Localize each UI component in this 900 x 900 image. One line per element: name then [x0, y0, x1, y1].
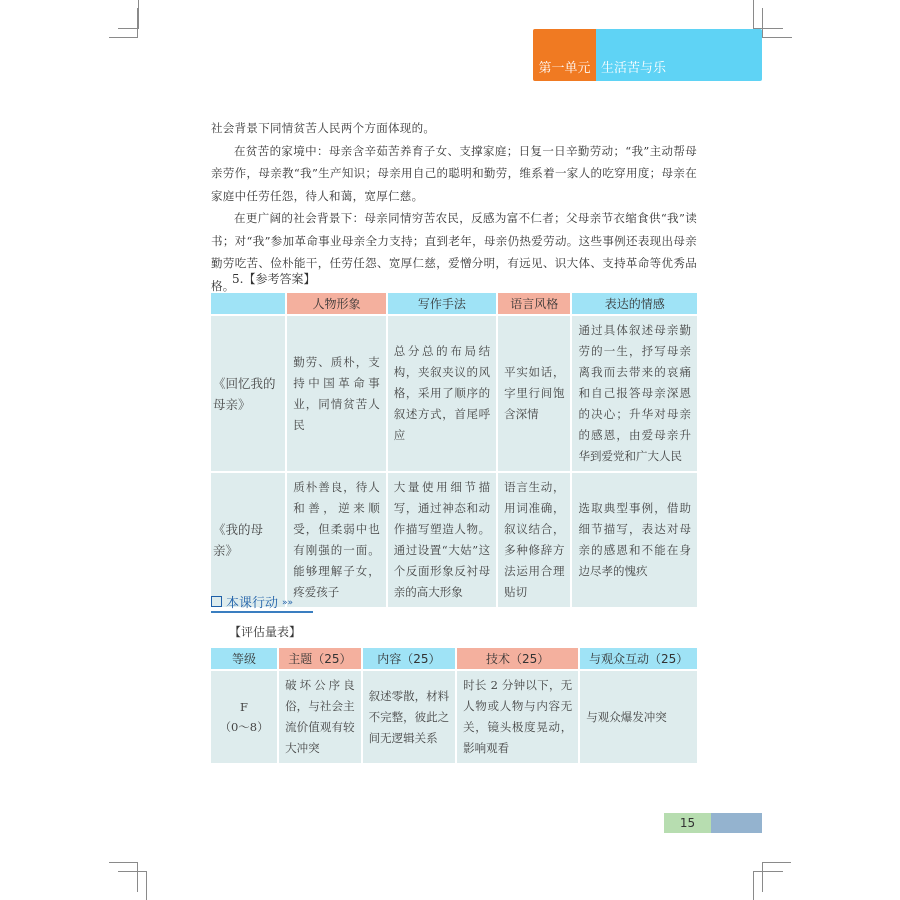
crop-mark-bottom-left [118, 871, 147, 872]
grade-letter: F [217, 697, 271, 717]
header-cell: 主题（25） [279, 648, 361, 669]
double-chevron-icon: »» [282, 598, 293, 608]
cell-emotion: 通过具体叙述母亲勤劳的一生，抒写母亲离我而去带来的哀痛和自己报答母亲深恩的决心；… [572, 314, 697, 471]
table-header-row: 等级 主题（25） 内容（25） 技术（25） 与观众互动（25） [211, 648, 697, 669]
header-cell: 人物形象 [287, 293, 385, 314]
table-header-row: 人物形象 写作手法 语言风格 表达的情感 [211, 293, 697, 314]
page-number: 15 [664, 813, 711, 833]
cell-style: 平实如话，字里行间饱含深情 [498, 314, 570, 471]
checkbox-square-icon [211, 596, 222, 607]
crop-mark-bottom-right [753, 871, 754, 900]
header-cell: 技术（25） [457, 648, 578, 669]
cell-style: 语言生动，用词准确，叙议结合，多种修辞方法运用合理贴切 [498, 471, 570, 607]
crop-mark-top-right [762, 8, 763, 38]
crop-mark-bottom-right [762, 862, 763, 892]
cell-theme: 破坏公序良俗，与社会主流价值观有较大冲突 [279, 669, 361, 763]
cell-emotion: 选取典型事例，借助细节描写，表达对母亲的感恩和不能在身边尽孝的愧疚 [572, 471, 697, 607]
header-cell: 表达的情感 [572, 293, 697, 314]
page-number-footer: 15 [664, 813, 762, 833]
header-cell: 内容（25） [363, 648, 456, 669]
crop-mark-top-left [109, 37, 138, 38]
evaluation-table: 等级 主题（25） 内容（25） 技术（25） 与观众互动（25） F （0～8… [209, 648, 699, 763]
crop-mark-top-left [137, 8, 138, 38]
work-title: 《我的母亲》 [211, 471, 285, 607]
cell-content: 叙述零散，材料不完整，彼此之间无逻辑关系 [363, 669, 456, 763]
crop-mark-bottom-left [137, 862, 138, 892]
crop-mark-bottom-left [109, 862, 138, 863]
crop-mark-top-left [138, 0, 139, 28]
crop-mark-bottom-right [762, 862, 791, 863]
cell-technique: 总分总的布局结构，夹叙夹议的风格，采用了顺序的叙述方式，首尾呼应 [388, 314, 496, 471]
answer-label: 5.【参考答案】 [232, 270, 315, 287]
header-cell: 与观众互动（25） [580, 648, 697, 669]
table-row: 《我的母亲》 质朴善良，待人和善，逆来顺受，但柔弱中也有刚强的一面。能够理解子女… [211, 471, 697, 607]
unit-label: 第一单元 [533, 29, 596, 81]
footer-bar [711, 813, 762, 833]
cell-technique: 时长 2 分钟以下，无人物或人物与内容无关，镜头极度晃动，影响观看 [457, 669, 578, 763]
header-cell: 等级 [211, 648, 277, 669]
grade-cell: F （0～8） [211, 669, 277, 763]
table-row: F （0～8） 破坏公序良俗，与社会主流价值观有较大冲突 叙述零散，材料不完整，… [211, 669, 697, 763]
crop-mark-top-left [118, 28, 139, 29]
header-cell [211, 293, 285, 314]
answer-table: 人物形象 写作手法 语言风格 表达的情感 《回忆我的母亲》 勤劳、质朴，支持中国… [209, 293, 699, 607]
paragraph: 社会背景下同情贫苦人民两个方面体现的。 [211, 117, 697, 140]
section-title: 本课行动 [226, 592, 278, 611]
unit-header: 第一单元 生活苦与乐 [533, 29, 762, 81]
section-heading: 本课行动 »» [211, 591, 313, 613]
crop-mark-bottom-right [753, 871, 783, 872]
grade-range: （0～8） [217, 717, 271, 737]
table-row: 《回忆我的母亲》 勤劳、质朴，支持中国革命事业，同情贫苦人民 总分总的布局结构，… [211, 314, 697, 471]
header-cell: 语言风格 [498, 293, 570, 314]
header-cell: 写作手法 [388, 293, 496, 314]
cell-image: 勤劳、质朴，支持中国革命事业，同情贫苦人民 [287, 314, 385, 471]
unit-title: 生活苦与乐 [596, 29, 762, 81]
work-title: 《回忆我的母亲》 [211, 314, 285, 471]
cell-image: 质朴善良，待人和善，逆来顺受，但柔弱中也有刚强的一面。能够理解子女，疼爱孩子 [287, 471, 385, 607]
crop-mark-top-right [753, 0, 754, 29]
eval-label: 【评估量表】 [229, 623, 301, 640]
cell-technique: 大量使用细节描写，通过神态和动作描写塑造人物。通过设置“大姑”这个反面形象反衬母… [388, 471, 496, 607]
crop-mark-bottom-left [146, 871, 147, 900]
cell-interaction: 与观众爆发冲突 [580, 669, 697, 763]
crop-mark-top-right [762, 37, 792, 38]
paragraph: 在贫苦的家境中：母亲含辛茹苦养育子女、支撑家庭；日复一日辛勤劳动；“我”主动帮母… [211, 140, 697, 208]
